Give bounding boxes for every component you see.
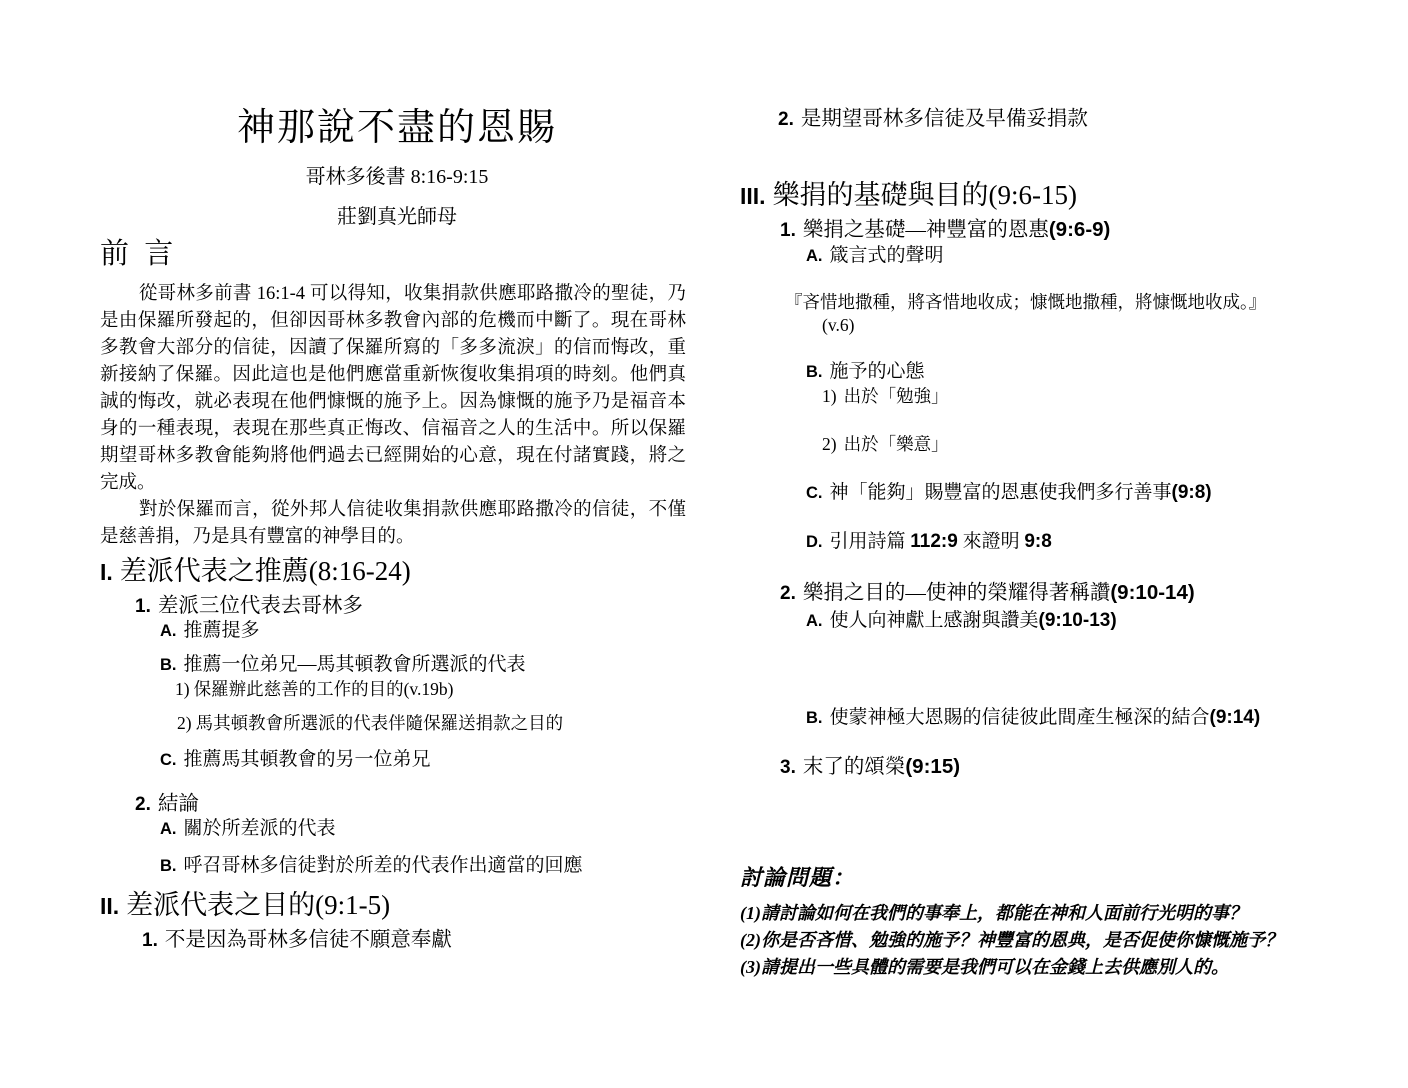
- section-number: II.: [100, 893, 119, 919]
- left-column: 神那說不盡的恩賜 哥林多後書 8:16-9:15 莊劉真光師母 前 言 從哥林多…: [100, 0, 694, 1088]
- discussion-question-3: (3)請提出一些具體的需要是我們可以在金錢上去供應別人的。: [740, 953, 1229, 979]
- verse-ref: 9:8: [1024, 531, 1051, 552]
- verse-ref: (9:15): [905, 755, 960, 778]
- outline-item: 2.樂捐之目的—使神的榮耀得著稱讚(9:10-14): [780, 575, 1195, 605]
- preface-paragraph-1: 從哥林多前書 16:1-4 可以得知，收集捐款供應耶路撒冷的聖徒，乃是由保羅所發…: [100, 281, 686, 497]
- outline-section-heading-2: II.差派代表之目的(9:1-5): [100, 883, 390, 922]
- item-text: 推薦一位弟兄—馬其頓教會所選派的代表: [184, 654, 526, 675]
- item-marker: C.: [160, 751, 177, 769]
- item-marker: 2.: [778, 109, 794, 130]
- right-column: 2.是期望哥林多信徒及早備妥捐款 III.樂捐的基礎與目的(9:6-15) 1.…: [740, 0, 1370, 1088]
- section-number: III.: [740, 183, 766, 209]
- outline-item: C.神「能夠」賜豐富的恩惠使我們多行善事(9:8): [806, 477, 1212, 504]
- section-number: I.: [100, 559, 113, 585]
- outline-item: B.使蒙神極大恩賜的信徒彼此間產生極深的結合(9:14): [806, 702, 1260, 729]
- item-marker: B.: [160, 656, 177, 674]
- item-text: 是期望哥林多信徒及早備妥捐款: [801, 108, 1088, 130]
- item-text: 呼召哥林多信徒對於所差的代表作出適當的回應: [184, 855, 583, 876]
- item-text: 樂捐之基礎—神豐富的恩惠: [803, 219, 1049, 241]
- item-marker: 1.: [135, 596, 151, 617]
- outline-subitem: 1)保羅辦此慈善的工作的目的(v.19b): [175, 676, 453, 701]
- section-title: 樂捐的基礎與目的(9:6-15): [773, 180, 1077, 210]
- item-marker: D.: [806, 533, 823, 551]
- item-text: 末了的頌榮: [803, 756, 906, 778]
- item-text: 推薦馬其頓教會的另一位弟兄: [184, 749, 431, 770]
- outline-item: B.呼召哥林多信徒對於所差的代表作出適當的回應: [160, 850, 583, 877]
- outline-item: 2.結論: [135, 786, 199, 816]
- outline-item: B.推薦一位弟兄—馬其頓教會所選派的代表: [160, 649, 526, 676]
- item-marker: B.: [806, 363, 823, 381]
- scripture-reference: 哥林多後書 8:16-9:15: [100, 160, 694, 189]
- item-text: 出於「樂意」: [844, 434, 949, 454]
- item-text: 關於所差派的代表: [184, 818, 336, 839]
- outline-item: B.施予的心態: [806, 356, 925, 383]
- outline-item: D.引用詩篇 112:9 來證明 9:8: [806, 526, 1052, 553]
- discussion-question-2: (2)你是否吝惜、勉強的施予？神豐富的恩典，是否促使你慷慨施予？: [740, 926, 1283, 952]
- discussion-question-1: (1)請討論如何在我們的事奉上，都能在神和人面前行光明的事？: [740, 899, 1247, 925]
- outline-subitem: 2)出於「樂意」: [822, 431, 949, 456]
- document-page: 神那說不盡的恩賜 哥林多後書 8:16-9:15 莊劉真光師母 前 言 從哥林多…: [0, 0, 1408, 1088]
- item-text: 保羅辦此慈善的工作的目的(v.19b): [194, 679, 454, 699]
- item-text: 馬其頓教會所選派的代表伴隨保羅送捐款之目的: [196, 713, 564, 733]
- item-marker: B.: [160, 857, 177, 875]
- outline-item: 1.不是因為哥林多信徒不願意奉獻: [142, 922, 452, 952]
- item-marker: 1.: [780, 220, 796, 241]
- outline-section-heading-3: III.樂捐的基礎與目的(9:6-15): [740, 173, 1077, 212]
- outline-item: 3.末了的頌榮(9:15): [780, 749, 960, 779]
- verse-ref: (9:14): [1210, 707, 1261, 728]
- item-text: 使蒙神極大恩賜的信徒彼此間產生極深的結合: [830, 707, 1210, 728]
- item-text: 樂捐之目的—使神的榮耀得著稱讚: [803, 582, 1111, 604]
- verse-ref: (9:10-14): [1110, 581, 1194, 604]
- item-marker: 2): [177, 713, 192, 733]
- item-marker: 3.: [780, 757, 796, 778]
- outline-item: A.使人向神獻上感謝與讚美(9:10-13): [806, 605, 1117, 632]
- outline-subitem: 2)馬其頓教會所選派的代表伴隨保羅送捐款之目的: [177, 710, 563, 735]
- item-text: 來證明: [958, 531, 1025, 552]
- outline-section-heading-1: I.差派代表之推薦(8:16-24): [100, 549, 411, 588]
- section-title: 差派代表之推薦(8:16-24): [120, 556, 411, 586]
- item-text: 結論: [158, 793, 199, 815]
- preface-body: 從哥林多前書 16:1-4 可以得知，收集捐款供應耶路撒冷的聖徒，乃是由保羅所發…: [100, 281, 686, 551]
- item-marker: C.: [806, 484, 823, 502]
- outline-subitem: 1)出於「勉強」: [822, 383, 949, 408]
- memory-verse-ref: (v.6): [822, 315, 854, 336]
- outline-item: A.箴言式的聲明: [806, 240, 944, 267]
- item-marker: 2.: [135, 794, 151, 815]
- item-text: 引用詩篇: [830, 531, 911, 552]
- preface-paragraph-2: 對於保羅而言，從外邦人信徒收集捐款供應耶路撒冷的信徒，不僅是慈善捐，乃是具有豐富…: [100, 497, 686, 551]
- item-text: 使人向神獻上感謝與讚美: [830, 610, 1039, 631]
- discussion-heading: 討論問題：: [740, 861, 855, 892]
- outline-item: C.推薦馬其頓教會的另一位弟兄: [160, 744, 431, 771]
- item-marker: A.: [160, 622, 177, 640]
- item-text: 出於「勉強」: [844, 386, 949, 406]
- item-marker: 1.: [142, 930, 158, 951]
- psalm-ref: 112:9: [910, 531, 958, 552]
- item-marker: B.: [806, 709, 823, 727]
- item-marker: 2): [822, 434, 837, 454]
- item-marker: A.: [806, 612, 823, 630]
- item-marker: 1): [822, 386, 837, 406]
- outline-item: A.推薦提多: [160, 615, 260, 642]
- author: 莊劉真光師母: [100, 200, 694, 229]
- verse-ref: (9:8): [1172, 482, 1212, 503]
- item-text: 推薦提多: [184, 620, 260, 641]
- item-marker: 1): [175, 679, 190, 699]
- item-marker: 2.: [780, 583, 796, 604]
- item-marker: A.: [806, 247, 823, 265]
- preface-heading: 前 言: [100, 231, 177, 272]
- outline-item: 1.差派三位代表去哥林多: [135, 588, 363, 618]
- verse-ref: (9:10-13): [1039, 610, 1117, 631]
- item-text: 差派三位代表去哥林多: [158, 595, 363, 617]
- memory-verse-quote: 『吝惜地撒種，將吝惜地收成；慷慨地撒種，將慷慨地收成。』: [785, 289, 1266, 314]
- outline-item: 2.是期望哥林多信徒及早備妥捐款: [778, 101, 1088, 131]
- item-text: 不是因為哥林多信徒不願意奉獻: [165, 929, 452, 951]
- outline-item: 1.樂捐之基礎—神豐富的恩惠(9:6-9): [780, 212, 1110, 242]
- item-text: 施予的心態: [830, 361, 925, 382]
- doc-title: 神那說不盡的恩賜: [100, 96, 694, 151]
- verse-ref: (9:6-9): [1049, 218, 1111, 241]
- item-text: 神「能夠」賜豐富的恩惠使我們多行善事: [830, 482, 1172, 503]
- section-title: 差派代表之目的(9:1-5): [126, 890, 390, 920]
- outline-item: A.關於所差派的代表: [160, 813, 336, 840]
- item-marker: A.: [160, 820, 177, 838]
- item-text: 箴言式的聲明: [830, 245, 944, 266]
